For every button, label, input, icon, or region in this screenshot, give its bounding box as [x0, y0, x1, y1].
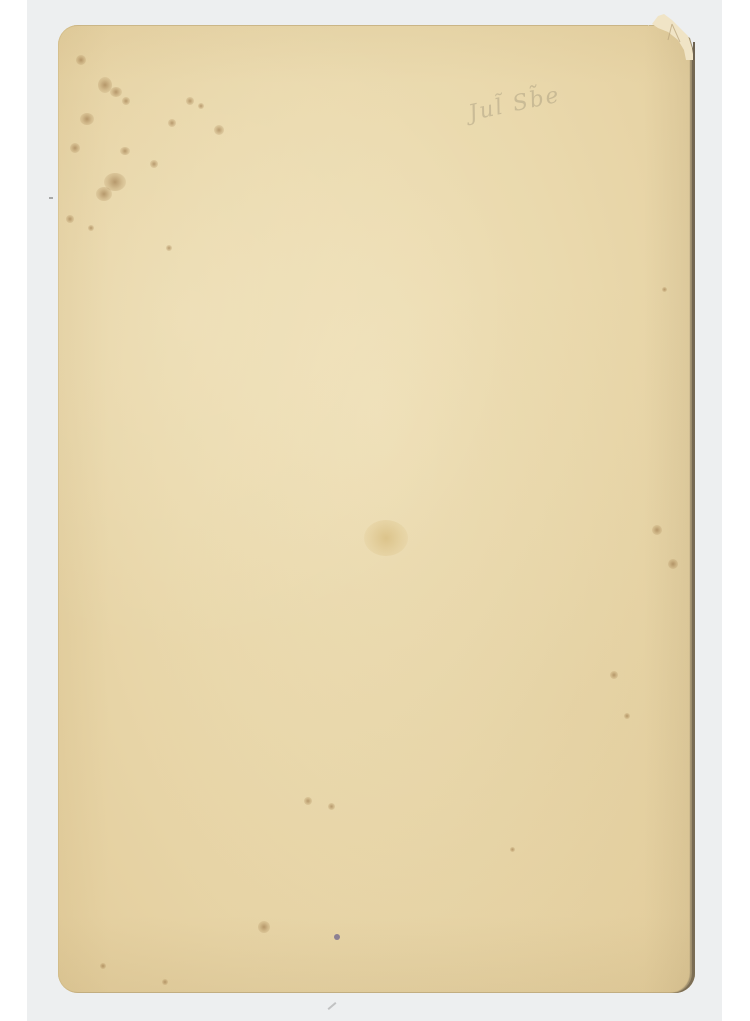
paper-texture [58, 25, 695, 993]
foxing-spot [110, 87, 122, 97]
foxing-spot [610, 671, 618, 679]
foxing-spot [652, 525, 662, 535]
foxing-spot [70, 143, 80, 153]
foxing-spot [100, 963, 106, 969]
foxing-spot [166, 245, 172, 251]
foxing-spot [66, 215, 74, 223]
foxing-spot [96, 187, 112, 201]
foxing-spot [668, 559, 678, 569]
center-stain [364, 520, 408, 556]
foxing-spot [624, 713, 630, 719]
foxing-spot [214, 125, 224, 135]
torn-corner [648, 12, 696, 60]
foxing-spot [198, 103, 204, 109]
foxing-spot [150, 160, 158, 168]
dust-speck [49, 197, 53, 199]
foxing-spot [88, 225, 94, 231]
foxing-spot [304, 797, 312, 805]
foxing-spot [662, 287, 667, 292]
foxing-spot [122, 97, 130, 105]
foxing-spot [328, 803, 335, 810]
ink-speck [334, 934, 340, 940]
foxing-spot [168, 119, 176, 127]
foxing-spot [510, 847, 515, 852]
foxing-spot [80, 113, 94, 125]
foxing-spot [186, 97, 194, 105]
foxing-spot [76, 55, 86, 65]
foxing-spot [258, 921, 270, 933]
foxing-spot [120, 147, 130, 155]
cabinet-card-verso [58, 25, 695, 993]
foxing-spot [162, 979, 168, 985]
